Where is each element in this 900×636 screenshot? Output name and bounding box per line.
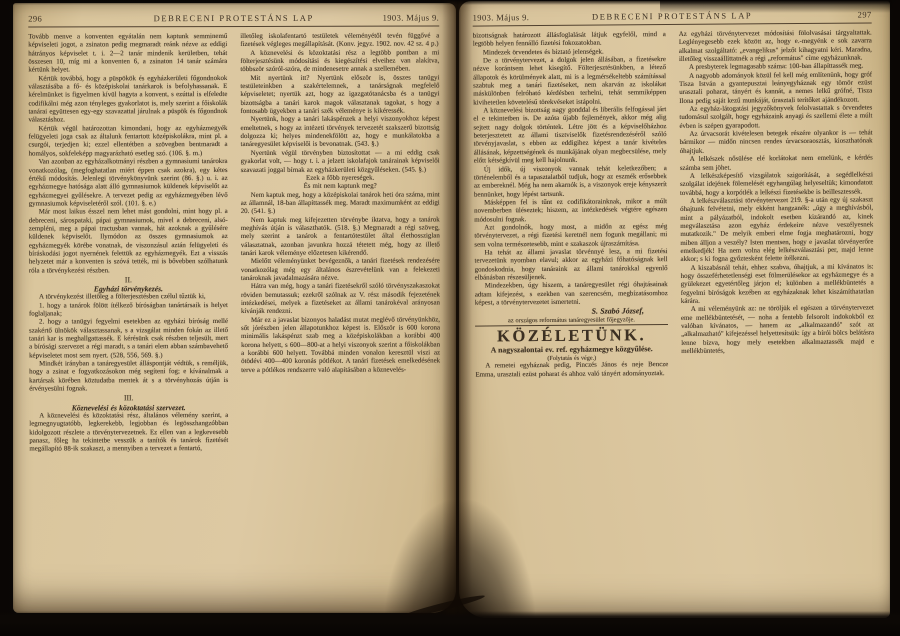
paragraph: Mit nyertünk itt? Nyertünk először is, ö… [240,74,439,116]
paragraph: Nyertünk, hogy a tanári lakáspénzek a he… [240,116,439,150]
paragraph: Mielőtt véleményünket bevégeznők, a taná… [241,258,440,284]
journal-title: DEBRECENI PROTESTÁNS LAP [551,10,794,22]
paragraph: Tovább menve a konventen egyátalán nem k… [28,33,227,75]
page-right-297: 1903. Május 9. DEBRECENI PROTESTÁNS LAP … [459,1,890,618]
issue-date: 1903. Május 9. [473,12,551,23]
paragraph: Már ez a javaslat bizonyos haladást muta… [241,316,440,375]
paragraph: Ha tehát az állami javaslat törvénnyé le… [474,248,667,283]
paragraph: Nem kaptuk meg, hogy a középiskolai taná… [241,191,440,217]
paragraph: A nagyobb adományok közül fel kell még e… [679,71,872,106]
paragraph: 1. hogy a tanárok fölött ítélkező bírósá… [29,302,228,319]
issue-date: 1903. Május 9. [361,12,439,22]
section-number: II. [29,275,228,285]
paragraph: Nyertünk végül törvényben biztosítottat … [241,149,440,175]
paragraph: A köznevelési és közoktatási rész a legt… [240,49,439,75]
paragraph: Másképpen fel is tűnt ez codifikátoraink… [474,198,667,225]
paragraph: Hátra van még, hogy a tanári fizetésekrő… [241,283,440,317]
paragraph: A lelkészek nősülése elé korlátokat nem … [680,155,873,173]
paragraph: illetőleg iskolafentartó testületek véle… [240,32,439,49]
scanned-journal-spread: 296 DEBRECENI PROTESTÁNS LAP 1903. Május… [0,0,900,636]
page-number: 297 [794,9,872,20]
text-column: bizottságnak határozott állásfoglalását … [473,31,670,586]
paragraph: A kiszabásnál tehát, ehhez szabva, óhajt… [681,263,874,306]
paragraph: Mindezekben, úgy hiszem, a tanáregyesüle… [475,281,668,308]
paragraph: Mindkét irányban a tanáregyesület állásp… [29,360,228,394]
paragraph: Nem kaptuk meg kifejezetten törvénybe ik… [241,216,440,258]
article-subheading: A nagyszalontai ev. ref. egyházmegye köz… [475,345,668,356]
paragraph: Az úrvacsorát kivételesen betegek részér… [680,130,873,157]
paragraph: Az egyház-látogatási jegyzőkönyvek felol… [679,105,872,132]
paragraph: A mi véleményünk az: ne töröljük el egés… [681,305,874,357]
paragraph: A lelkészválasztási törvénytervezet 219.… [680,196,874,264]
paragraph: Az egyházi törvénytervezet módosítási fö… [679,29,872,64]
paragraph: Azt gondolnók, hogy most, a midőn az egé… [474,223,667,250]
section-number: III. [29,393,228,403]
paragraph: 2. hogy a tanügyi fegyelmi esetekben az … [29,318,228,360]
section-title: Köznevelési és közoktatási szervezet. [29,403,228,413]
paragraph: A köznevelési és közoktatási rész, által… [29,412,228,454]
page-header-right: 1903. Május 9. DEBRECENI PROTESTÁNS LAP … [473,9,872,26]
page-left-296: 296 DEBRECENI PROTESTÁNS LAP 1903. Május… [13,3,456,613]
text-column: Tovább menve a konventen egyátalán nem k… [28,33,228,588]
paragraph: Kértük végül határozottan kimondani, hog… [28,125,227,159]
paragraph: A lelkészképesítő vizsgálatok szigorítás… [680,171,873,198]
paragraph: Új idők, új viszonyok vannak tehát kelet… [474,165,667,200]
paragraph: Már most laikus ésszel nem lehet mást go… [29,208,228,275]
paragraph: A remetei egyháznak pedig, Pinczés János… [475,361,668,379]
page-header-left: 296 DEBRECENI PROTESTÁNS LAP 1903. Május… [28,12,439,27]
paragraph: Van azonban az egyházalkotmányi részben … [29,158,228,209]
journal-title: DEBRECENI PROTESTÁNS LAP [106,13,361,24]
paragraph: De a törvénytervezet, a dolgok jelen áll… [473,56,666,108]
paragraph: A törvénykezést illetőleg a fölterjeszté… [29,293,228,302]
page-number: 296 [28,13,106,23]
article-heading: KÖZÉLETÜNK. [475,325,668,346]
paragraph: Kértük továbbá, hogy a püspökök és egyhá… [28,75,227,126]
paragraph: bizottságnak határozott állásfoglalását … [473,31,666,49]
text-column: Az egyházi törvénytervezet módosítási fö… [679,29,876,584]
text-column: illetőleg iskolafentartó testületek véle… [240,32,440,587]
paragraph: A köznevelési bizottság nagy gonddal és … [473,106,666,166]
